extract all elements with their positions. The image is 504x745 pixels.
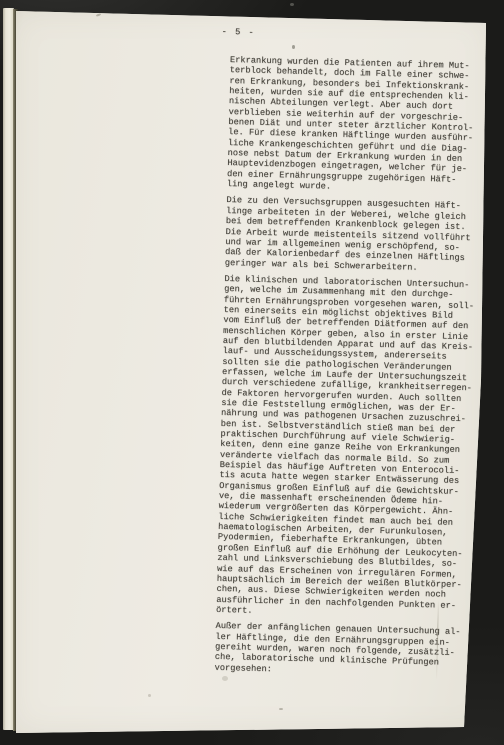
page-content: - 5 - Erkrankung wurden die Patienten au…	[0, 0, 504, 745]
ink-speck	[292, 45, 295, 49]
dust-speck	[148, 694, 151, 697]
page-number: - 5 -	[222, 27, 256, 38]
paper-smudge	[222, 676, 228, 681]
paragraph: Außer der anfänglichen genauen Untersuch…	[214, 621, 465, 679]
paragraph: Die zu den Versuchsgruppen ausgesuchten …	[225, 195, 477, 274]
ink-speck	[279, 708, 283, 710]
scanned-document: - 5 - Erkrankung wurden die Patienten au…	[0, 0, 504, 745]
dust-speck	[290, 3, 294, 6]
text-block: Erkrankung wurden die Patienten auf ihre…	[214, 55, 480, 685]
paragraph: Die klinischen und laboratorischen Unter…	[216, 274, 475, 622]
paragraph: Erkrankung wurden die Patienten auf ihre…	[227, 55, 481, 196]
